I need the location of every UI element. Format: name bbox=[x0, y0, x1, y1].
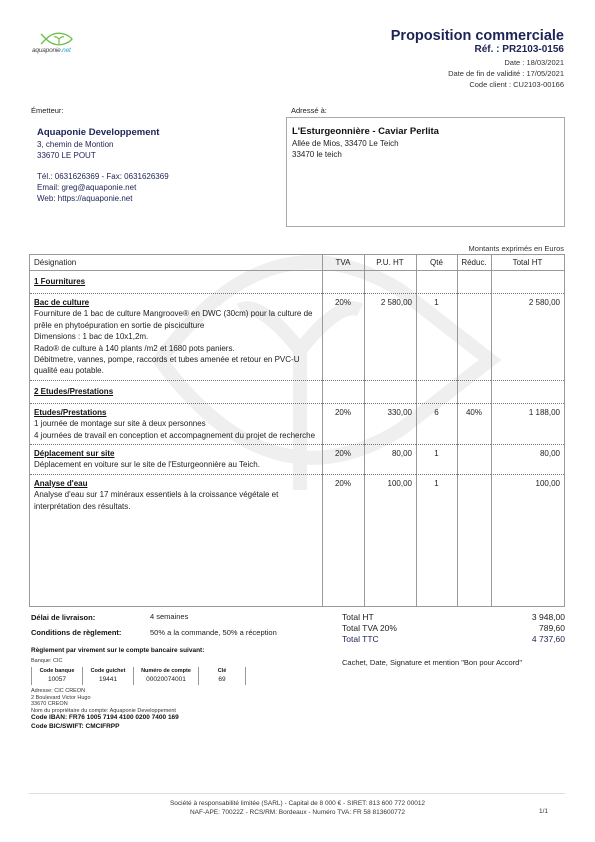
section-title: 1 Fournitures bbox=[34, 277, 85, 286]
designation-cell: Etudes/Prestations1 journée de montage s… bbox=[30, 403, 322, 444]
header-designation: Désignation bbox=[30, 255, 322, 271]
emitter-web: Web: https://aquaponie.net bbox=[37, 193, 278, 204]
emitter-email: Email: greg@aquaponie.net bbox=[37, 182, 278, 193]
header-discount: Réduc. bbox=[457, 255, 491, 271]
fish-sprout-icon bbox=[40, 31, 74, 47]
item-title: Analyse d'eau bbox=[34, 478, 318, 489]
delivery-value: 4 semaines bbox=[150, 612, 188, 621]
bank-address-line: 2 Boulevard Victor Hugo bbox=[31, 695, 179, 702]
total-cell: 2 580,00 bbox=[491, 294, 564, 381]
recipient-name: L'Esturgeonnière - Caviar Perlita bbox=[292, 126, 564, 137]
currency-note: Montants exprimés en Euros bbox=[469, 244, 564, 253]
item-description: Analyse d'eau sur 17 minéraux essentiels… bbox=[34, 489, 318, 512]
discount-cell bbox=[457, 474, 491, 515]
validity-date: Date de fin de validité : 17/05/2021 bbox=[448, 68, 564, 79]
signature-note: Cachet, Date, Signature et mention "Bon … bbox=[342, 658, 522, 667]
tva-cell: 20% bbox=[322, 403, 364, 444]
item-description: 1 journée de montage sur site à deux per… bbox=[34, 418, 318, 429]
section-row: 2 Etudes/Prestations bbox=[30, 380, 564, 403]
account-owner: Nom du propriétaire du compte: Aquaponie… bbox=[31, 708, 179, 715]
total-tva-label: Total TVA 20% bbox=[342, 623, 397, 634]
item-description: Fourniture de 1 bac de culture Mangroove… bbox=[34, 308, 318, 331]
total-cell: 1 188,00 bbox=[491, 403, 564, 444]
unit-price-cell: 2 580,00 bbox=[364, 294, 416, 381]
tva-cell: 20% bbox=[322, 474, 364, 515]
client-code: Code client : CU2103-00166 bbox=[448, 79, 564, 90]
emitter-phone: Tél.: 0631626369 - Fax: 0631626369 bbox=[37, 171, 278, 182]
header-quantity: Qté bbox=[416, 255, 457, 271]
designation-cell: Analyse d'eauAnalyse d'eau sur 17 minéra… bbox=[30, 474, 322, 515]
footer-line-1: Société à responsabilité limitée (SARL) … bbox=[0, 799, 595, 808]
delivery-label: Délai de livraison: bbox=[31, 613, 95, 622]
payment-terms-label: Conditions de règlement: bbox=[31, 628, 121, 637]
page-number: 1/1 bbox=[539, 808, 548, 815]
total-ht-row: Total HT 3 948,00 bbox=[342, 612, 565, 623]
item-description: Rado® de culture à 140 plants /m2 et 168… bbox=[34, 343, 318, 354]
bank-address: Adresse: CIC CREON 2 Boulevard Victor Hu… bbox=[31, 688, 179, 731]
items-grid: Désignation TVA P.U. HT Qté Réduc. Total… bbox=[30, 255, 564, 515]
table-row: Etudes/Prestations1 journée de montage s… bbox=[30, 403, 564, 444]
payment-terms-value: 50% a la commande, 50% a réception bbox=[150, 628, 277, 637]
footer-divider bbox=[29, 793, 565, 794]
total-tva-row: Total TVA 20% 789,60 bbox=[342, 623, 565, 634]
total-ht-label: Total HT bbox=[342, 612, 374, 623]
table-row: Bac de cultureFourniture de 1 bac de cul… bbox=[30, 294, 564, 381]
header-tva: TVA bbox=[322, 255, 364, 271]
document-date: Date : 18/03/2021 bbox=[448, 57, 564, 68]
bic-code: Code BIC/SWIFT: CMCIFRPP bbox=[31, 723, 179, 732]
total-cell: 100,00 bbox=[491, 474, 564, 515]
discount-cell bbox=[457, 445, 491, 475]
item-description: Débitmetre, vannes, pompe, raccords et t… bbox=[34, 354, 318, 377]
bank-details-grid: Code banque10057 Code guichet19441 Numér… bbox=[31, 667, 246, 685]
total-ht-value: 3 948,00 bbox=[532, 612, 565, 623]
designation-cell: Bac de cultureFourniture de 1 bac de cul… bbox=[30, 294, 322, 381]
header-unit-price: P.U. HT bbox=[364, 255, 416, 271]
quantity-cell: 1 bbox=[416, 445, 457, 475]
section-title: 2 Etudes/Prestations bbox=[34, 387, 113, 396]
total-cell: 80,00 bbox=[491, 445, 564, 475]
recipient-address-1: Allée de Mios, 33470 Le Teich bbox=[292, 138, 564, 149]
tva-cell: 20% bbox=[322, 294, 364, 381]
total-ttc-label: Total TTC bbox=[342, 634, 379, 645]
table-row: Déplacement sur siteDéplacement en voitu… bbox=[30, 445, 564, 475]
quantity-cell: 1 bbox=[416, 474, 457, 515]
bank-name: Banque: CIC bbox=[31, 658, 63, 664]
header-total: Total HT bbox=[491, 255, 564, 271]
unit-price-cell: 330,00 bbox=[364, 403, 416, 444]
bank-title: Règlement par virement sur le compte ban… bbox=[31, 647, 204, 654]
total-ttc-value: 4 737,60 bbox=[532, 634, 565, 645]
unit-price-cell: 100,00 bbox=[364, 474, 416, 515]
item-title: Etudes/Prestations bbox=[34, 407, 318, 418]
bank-address-line: 33670 CREON bbox=[31, 701, 179, 708]
document-title: Proposition commerciale bbox=[391, 28, 564, 44]
recipient-block: L'Esturgeonnière - Caviar Perlita Allée … bbox=[286, 117, 565, 227]
unit-price-cell: 80,00 bbox=[364, 445, 416, 475]
iban-code: Code IBAN: FR76 1005 7194 4100 0200 7400… bbox=[31, 714, 179, 723]
bank-code-cell: Code banque10057 bbox=[31, 667, 82, 685]
item-title: Déplacement sur site bbox=[34, 448, 318, 459]
company-logo: aquaponie.net bbox=[28, 30, 98, 56]
emitter-address-1: 3, chemin de Montion bbox=[37, 139, 278, 150]
discount-cell bbox=[457, 294, 491, 381]
totals-block: Total HT 3 948,00 Total TVA 20% 789,60 T… bbox=[342, 612, 565, 645]
emitter-block: Aquaponie Developpement 3, chemin de Mon… bbox=[30, 118, 278, 228]
emitter-address-2: 33670 LE POUT bbox=[37, 150, 278, 161]
recipient-label: Adressé à: bbox=[291, 106, 327, 115]
legal-footer: Société à responsabilité limitée (SARL) … bbox=[0, 799, 595, 818]
footer-line-2: NAF-APE: 70022Z - RCS/RM: Bordeaux - Num… bbox=[0, 808, 595, 817]
designation-cell: Déplacement sur siteDéplacement en voitu… bbox=[30, 445, 322, 475]
quantity-cell: 1 bbox=[416, 294, 457, 381]
document-reference: Réf. : PR2103-0156 bbox=[475, 44, 565, 55]
emitter-label: Émetteur: bbox=[31, 106, 64, 115]
item-description: 4 journées de travail en conception et a… bbox=[34, 430, 318, 441]
quantity-cell: 6 bbox=[416, 403, 457, 444]
tva-cell: 20% bbox=[322, 445, 364, 475]
branch-code-cell: Code guichet19441 bbox=[82, 667, 133, 685]
table-row: Analyse d'eauAnalyse d'eau sur 17 minéra… bbox=[30, 474, 564, 515]
total-tva-value: 789,60 bbox=[539, 623, 565, 634]
emitter-name: Aquaponie Developpement bbox=[37, 127, 278, 138]
bank-address-line: Adresse: CIC CREON bbox=[31, 688, 179, 695]
recipient-address-2: 33470 le teich bbox=[292, 149, 564, 160]
items-table: Désignation TVA P.U. HT Qté Réduc. Total… bbox=[29, 254, 565, 607]
rib-key-cell: Clé69 bbox=[198, 667, 246, 685]
section-row: 1 Fournitures bbox=[30, 271, 564, 294]
logo-wordmark: aquaponie.net bbox=[32, 47, 71, 54]
table-header-row: Désignation TVA P.U. HT Qté Réduc. Total… bbox=[30, 255, 564, 271]
account-number-cell: Numéro de compte00020074001 bbox=[133, 667, 198, 685]
item-description: Dimensions : 1 bac de 10x1,2m. bbox=[34, 331, 318, 342]
document-meta: Date : 18/03/2021 Date de fin de validit… bbox=[448, 57, 564, 91]
item-title: Bac de culture bbox=[34, 297, 318, 308]
item-description: Déplacement en voiture sur le site de l'… bbox=[34, 459, 318, 470]
discount-cell: 40% bbox=[457, 403, 491, 444]
total-ttc-row: Total TTC 4 737,60 bbox=[342, 634, 565, 645]
